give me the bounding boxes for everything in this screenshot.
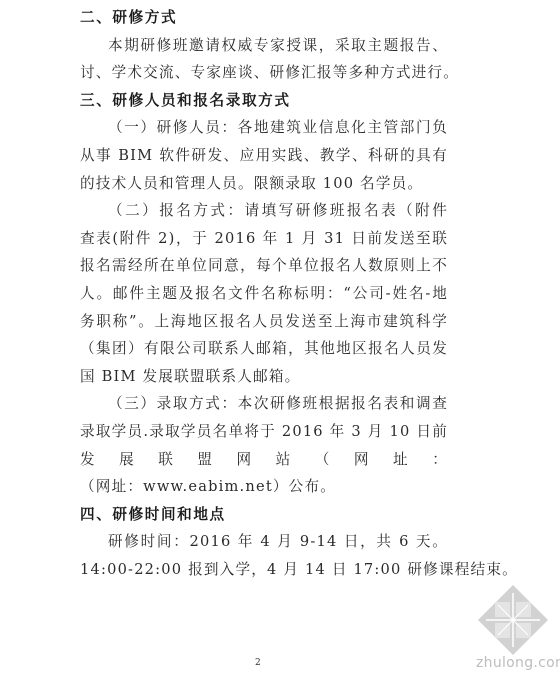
paragraph-line: 研修时间：2016 年 4 月 9-14 日，共 6 天。4 月 9 日 (80, 528, 448, 556)
paragraph-line: 14:00-22:00 报到入学，4 月 14 日 17:00 研修课程结束。 (80, 556, 448, 584)
zhulong-logo-icon (478, 585, 548, 655)
page-number: 2 (255, 658, 261, 668)
section-heading-time-location: 四、研修时间和地点 (80, 501, 448, 529)
paragraph-line: （一）研修人员：各地建筑业信息化主管部门负责人， (80, 114, 448, 142)
paragraph-line: 录取学员.录取学员名单将于 2016 年 3 月 10 日前在中国 BIM (80, 418, 448, 446)
paragraph-line: 本期研修班邀请权威专家授课，采取主题报告、专题研 (80, 32, 448, 60)
paragraph-line: 讨、学术交流、专家座谈、研修汇报等多种方式进行。 (80, 59, 448, 87)
paragraph-line: 人。邮件主题及报名文件名称标明：“公司-姓名-地区-职 (80, 280, 448, 308)
watermark-text: zhulong.com (476, 655, 560, 671)
paragraph-line: 查表(附件 2)，于 2016 年 1 月 31 日前发送至联系人邮箱。 (80, 225, 448, 253)
paragraph-line: （网址：www.eabim.net）公布。 (80, 473, 448, 501)
paragraph-line: 国 BIM 发展联盟联系人邮箱。 (80, 363, 448, 391)
paragraph-line: 务职称”。上海地区报名人员发送至上海市建筑科学研究院 (80, 308, 448, 336)
section-heading-enrollment: 三、研修人员和报名录取方式 (80, 87, 448, 115)
paragraph-line: 的技术人员和管理人员。限额录取 100 名学员。 (80, 170, 448, 198)
paragraph-line: 报名需经所在单位同意，每个单位报名人数原则上不超过 2 (80, 252, 448, 280)
document-body: 二、研修方式 本期研修班邀请权威专家授课，采取主题报告、专题研 讨、学术交流、专… (80, 4, 448, 583)
paragraph-line: （集团）有限公司联系人邮箱，其他地区报名人员发送至中 (80, 335, 448, 363)
paragraph-line: 发展联盟网站（网址：www.chinabimunion.org）及 EaBIM (80, 446, 448, 474)
document-page: 二、研修方式 本期研修班邀请权威专家授课，采取主题报告、专题研 讨、学术交流、专… (0, 0, 560, 679)
paragraph-line: （二）报名方式：请填写研修班报名表（附件 1）和调 (80, 197, 448, 225)
paragraph-line: （三）录取方式：本次研修班根据报名表和调查表选择 (80, 390, 448, 418)
section-heading-method: 二、研修方式 (80, 4, 448, 32)
paragraph-line: 从事 BIM 软件研发、应用实践、教学、科研的具有高级职称 (80, 142, 448, 170)
